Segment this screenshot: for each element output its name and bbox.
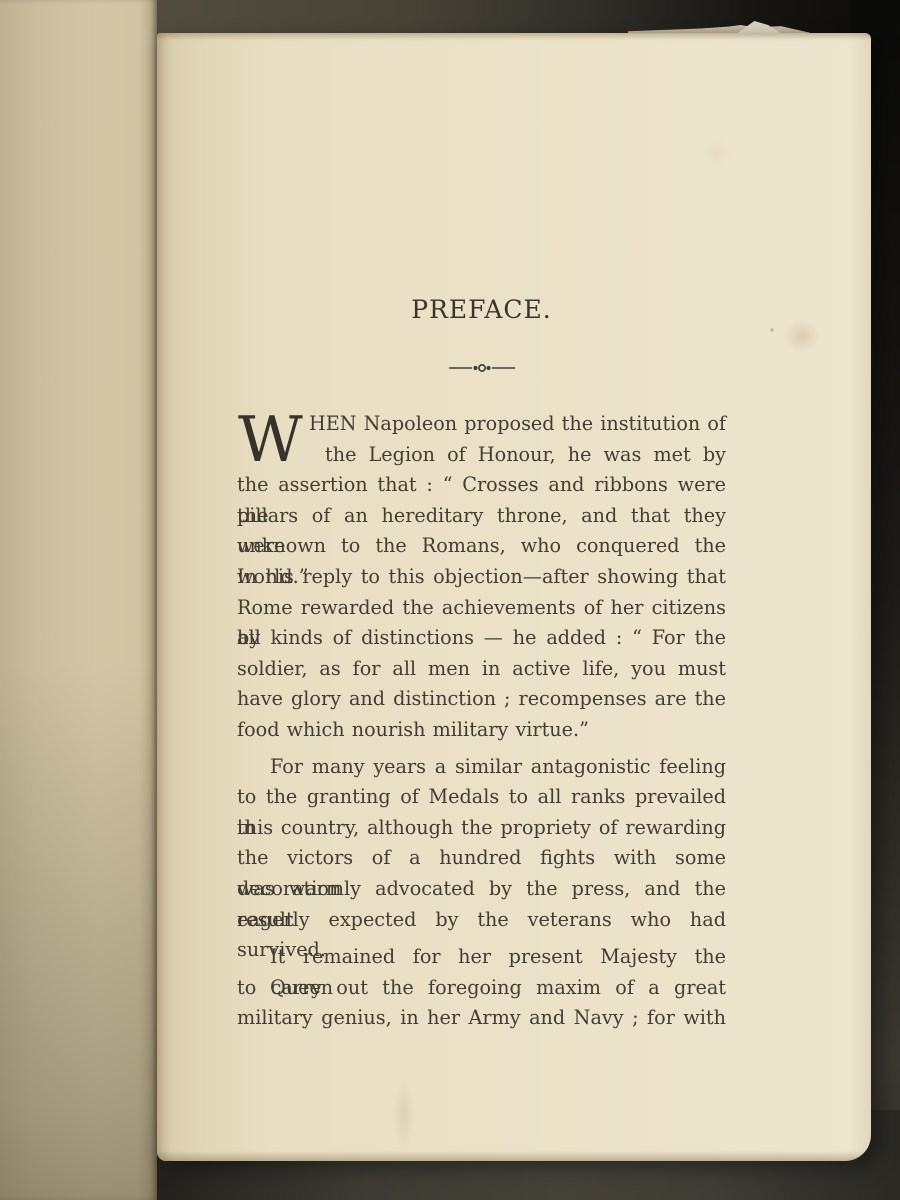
paragraph-3: It remained for her present Majesty the … — [237, 942, 726, 1034]
text-line: this country, although the propriety of … — [237, 813, 726, 844]
book-page: PREFACE. W HEN Napoleon proposed the ins… — [157, 33, 871, 1161]
text-line: In his reply to this objection—after sho… — [237, 562, 726, 593]
body-text: W HEN Napoleon proposed the institution … — [237, 409, 726, 1034]
text-line: soldier, as for all men in active life, … — [237, 654, 726, 685]
book-photo: PREFACE. W HEN Napoleon proposed the ins… — [0, 0, 900, 1200]
text-line: was warmly advocated by the press, and t… — [237, 874, 726, 905]
drop-cap: W — [238, 408, 303, 471]
text-line: military genius, in her Army and Navy ; … — [237, 1003, 726, 1034]
paragraph-1: W HEN Napoleon proposed the institution … — [237, 409, 726, 746]
text-line: unknown to the Romans, who conquered the… — [237, 531, 726, 562]
divider-ornament-icon — [237, 360, 726, 374]
facing-page — [0, 0, 157, 1200]
text-line: all kinds of distinctions — he added : “… — [237, 623, 726, 654]
text-line: the Legion of Honour, he was met by — [237, 440, 726, 471]
text-line: HEN Napoleon proposed the institution of — [237, 409, 726, 440]
text-line: to carry out the foregoing maxim of a gr… — [237, 973, 726, 1004]
text-line: the victors of a hundred fights with som… — [237, 843, 726, 874]
text-line: the assertion that : “ Crosses and ribbo… — [237, 470, 726, 501]
text-line: food which nourish military virtue.” — [237, 715, 726, 746]
text-line: It remained for her present Majesty the … — [237, 942, 726, 973]
text-line: have glory and distinction ; recompenses… — [237, 684, 726, 715]
paragraph-2: For many years a similar antagonistic fe… — [237, 752, 726, 936]
text-line: For many years a similar antagonistic fe… — [237, 752, 726, 783]
text-line: eagerly expected by the veterans who had… — [237, 905, 726, 936]
text-line: Rome rewarded the achievements of her ci… — [237, 593, 726, 624]
text-line: pillars of an hereditary throne, and tha… — [237, 501, 726, 532]
text-line: to the granting of Medals to all ranks p… — [237, 782, 726, 813]
page-title: PREFACE. — [237, 295, 726, 324]
